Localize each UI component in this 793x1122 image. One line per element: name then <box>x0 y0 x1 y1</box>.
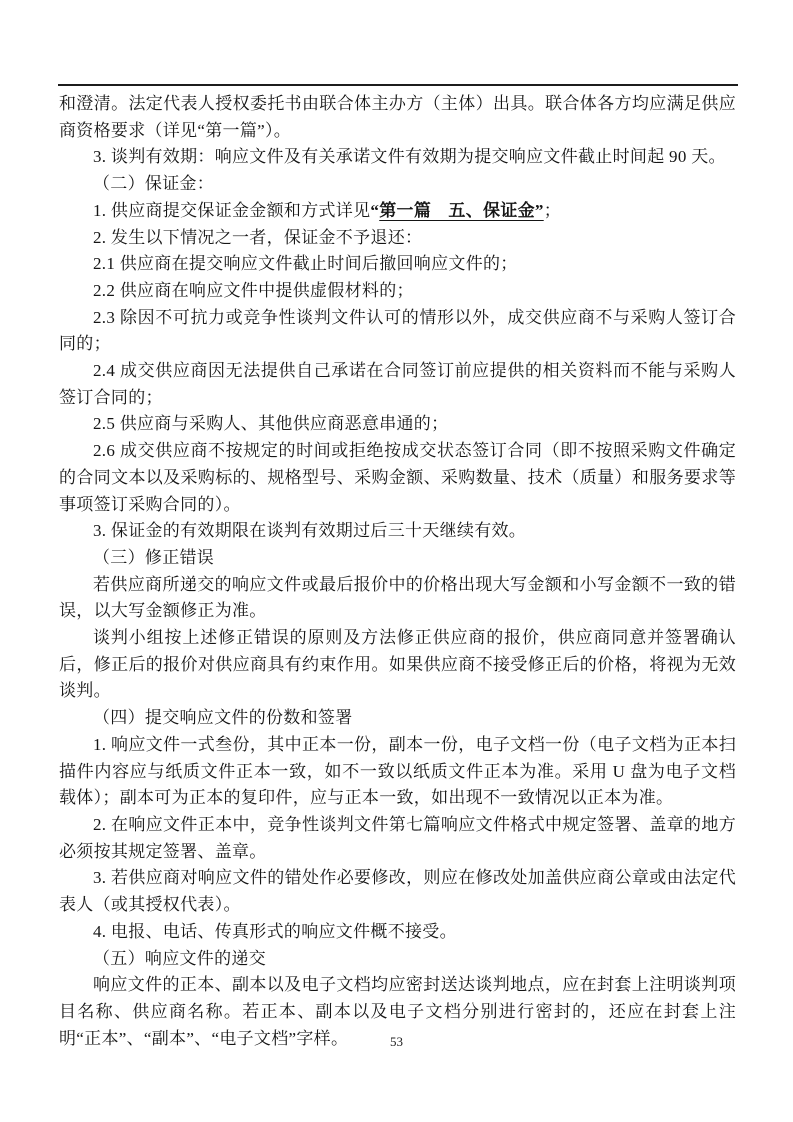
page-footer: 53 <box>0 1034 793 1050</box>
para-signing-original: 2. 在响应文件正本中，竞争性谈判文件第七篇响应文件格式中规定签署、盖章的地方必… <box>59 812 736 865</box>
para-forfeit-intro: 2. 发生以下情况之一者，保证金不予退还： <box>59 225 736 252</box>
page-number: 53 <box>390 1034 403 1049</box>
para-deposit-amount-pre: 1. 供应商提交保证金金额和方式详见 <box>93 201 370 220</box>
para-deposit-amount: 1. 供应商提交保证金金额和方式详见“第一篇 五、保证金”； <box>59 198 736 225</box>
para-forfeit-2-6: 2.6 成交供应商不按规定的时间或拒绝按成交状态签订合同（即不按照采购文件确定的… <box>59 438 736 518</box>
para-negotiation-validity: 3. 谈判有效期：响应文件及有关承诺文件有效期为提交响应文件截止时间起 90 天… <box>59 144 736 171</box>
para-deposit-validity: 3. 保证金的有效期限在谈判有效期过后三十天继续有效。 <box>59 518 736 545</box>
para-forfeit-2-4: 2.4 成交供应商因无法提供自己承诺在合同签订前应提供的相关资料而不能与采购人签… <box>59 358 736 411</box>
para-continuation: 和澄清。法定代表人授权委托书由联合体主办方（主体）出具。联合体各方均应满足供应商… <box>59 91 736 144</box>
heading-deposit: （二）保证金： <box>59 171 736 198</box>
para-modification-seal: 3. 若供应商对响应文件的错处作必要修改，则应在修改处加盖供应商公章或由法定代表… <box>59 865 736 918</box>
header-rule <box>58 84 738 86</box>
para-forfeit-2-3: 2.3 除因不可抗力或竞争性谈判文件认可的情形以外，成交供应商不与采购人签订合同… <box>59 305 736 358</box>
document-page: 和澄清。法定代表人授权委托书由联合体主办方（主体）出具。联合体各方均应满足供应商… <box>0 0 793 1122</box>
heading-submission: （五）响应文件的递交 <box>59 946 736 973</box>
para-copies: 1. 响应文件一式叁份，其中正本一份，副本一份，电子文档一份（电子文档为正本扫描… <box>59 732 736 812</box>
document-body: 和澄清。法定代表人授权委托书由联合体主办方（主体）出具。联合体各方均应满足供应商… <box>59 91 736 1052</box>
heading-copies-signing: （四）提交响应文件的份数和签署 <box>59 705 736 732</box>
para-forfeit-2-1: 2.1 供应商在提交响应文件截止时间后撤回响应文件的； <box>59 251 736 278</box>
para-correction-rule: 若供应商所递交的响应文件或最后报价中的价格出现大写金额和小写金额不一致的错误，以… <box>59 572 736 625</box>
para-correction-binding: 谈判小组按上述修正错误的原则及方法修正供应商的报价，供应商同意并签署确认后，修正… <box>59 625 736 705</box>
deposit-reference-emphasis: 第一篇 五、保证金” <box>379 201 544 220</box>
deposit-quote-open: “ <box>370 201 379 220</box>
para-deposit-amount-suffix: ； <box>544 201 561 220</box>
para-forfeit-2-5: 2.5 供应商与采购人、其他供应商恶意串通的； <box>59 411 736 438</box>
para-telegram-rejected: 4. 电报、电话、传真形式的响应文件概不接受。 <box>59 919 736 946</box>
heading-error-correction: （三）修正错误 <box>59 545 736 572</box>
para-forfeit-2-2: 2.2 供应商在响应文件中提供虚假材料的； <box>59 278 736 305</box>
